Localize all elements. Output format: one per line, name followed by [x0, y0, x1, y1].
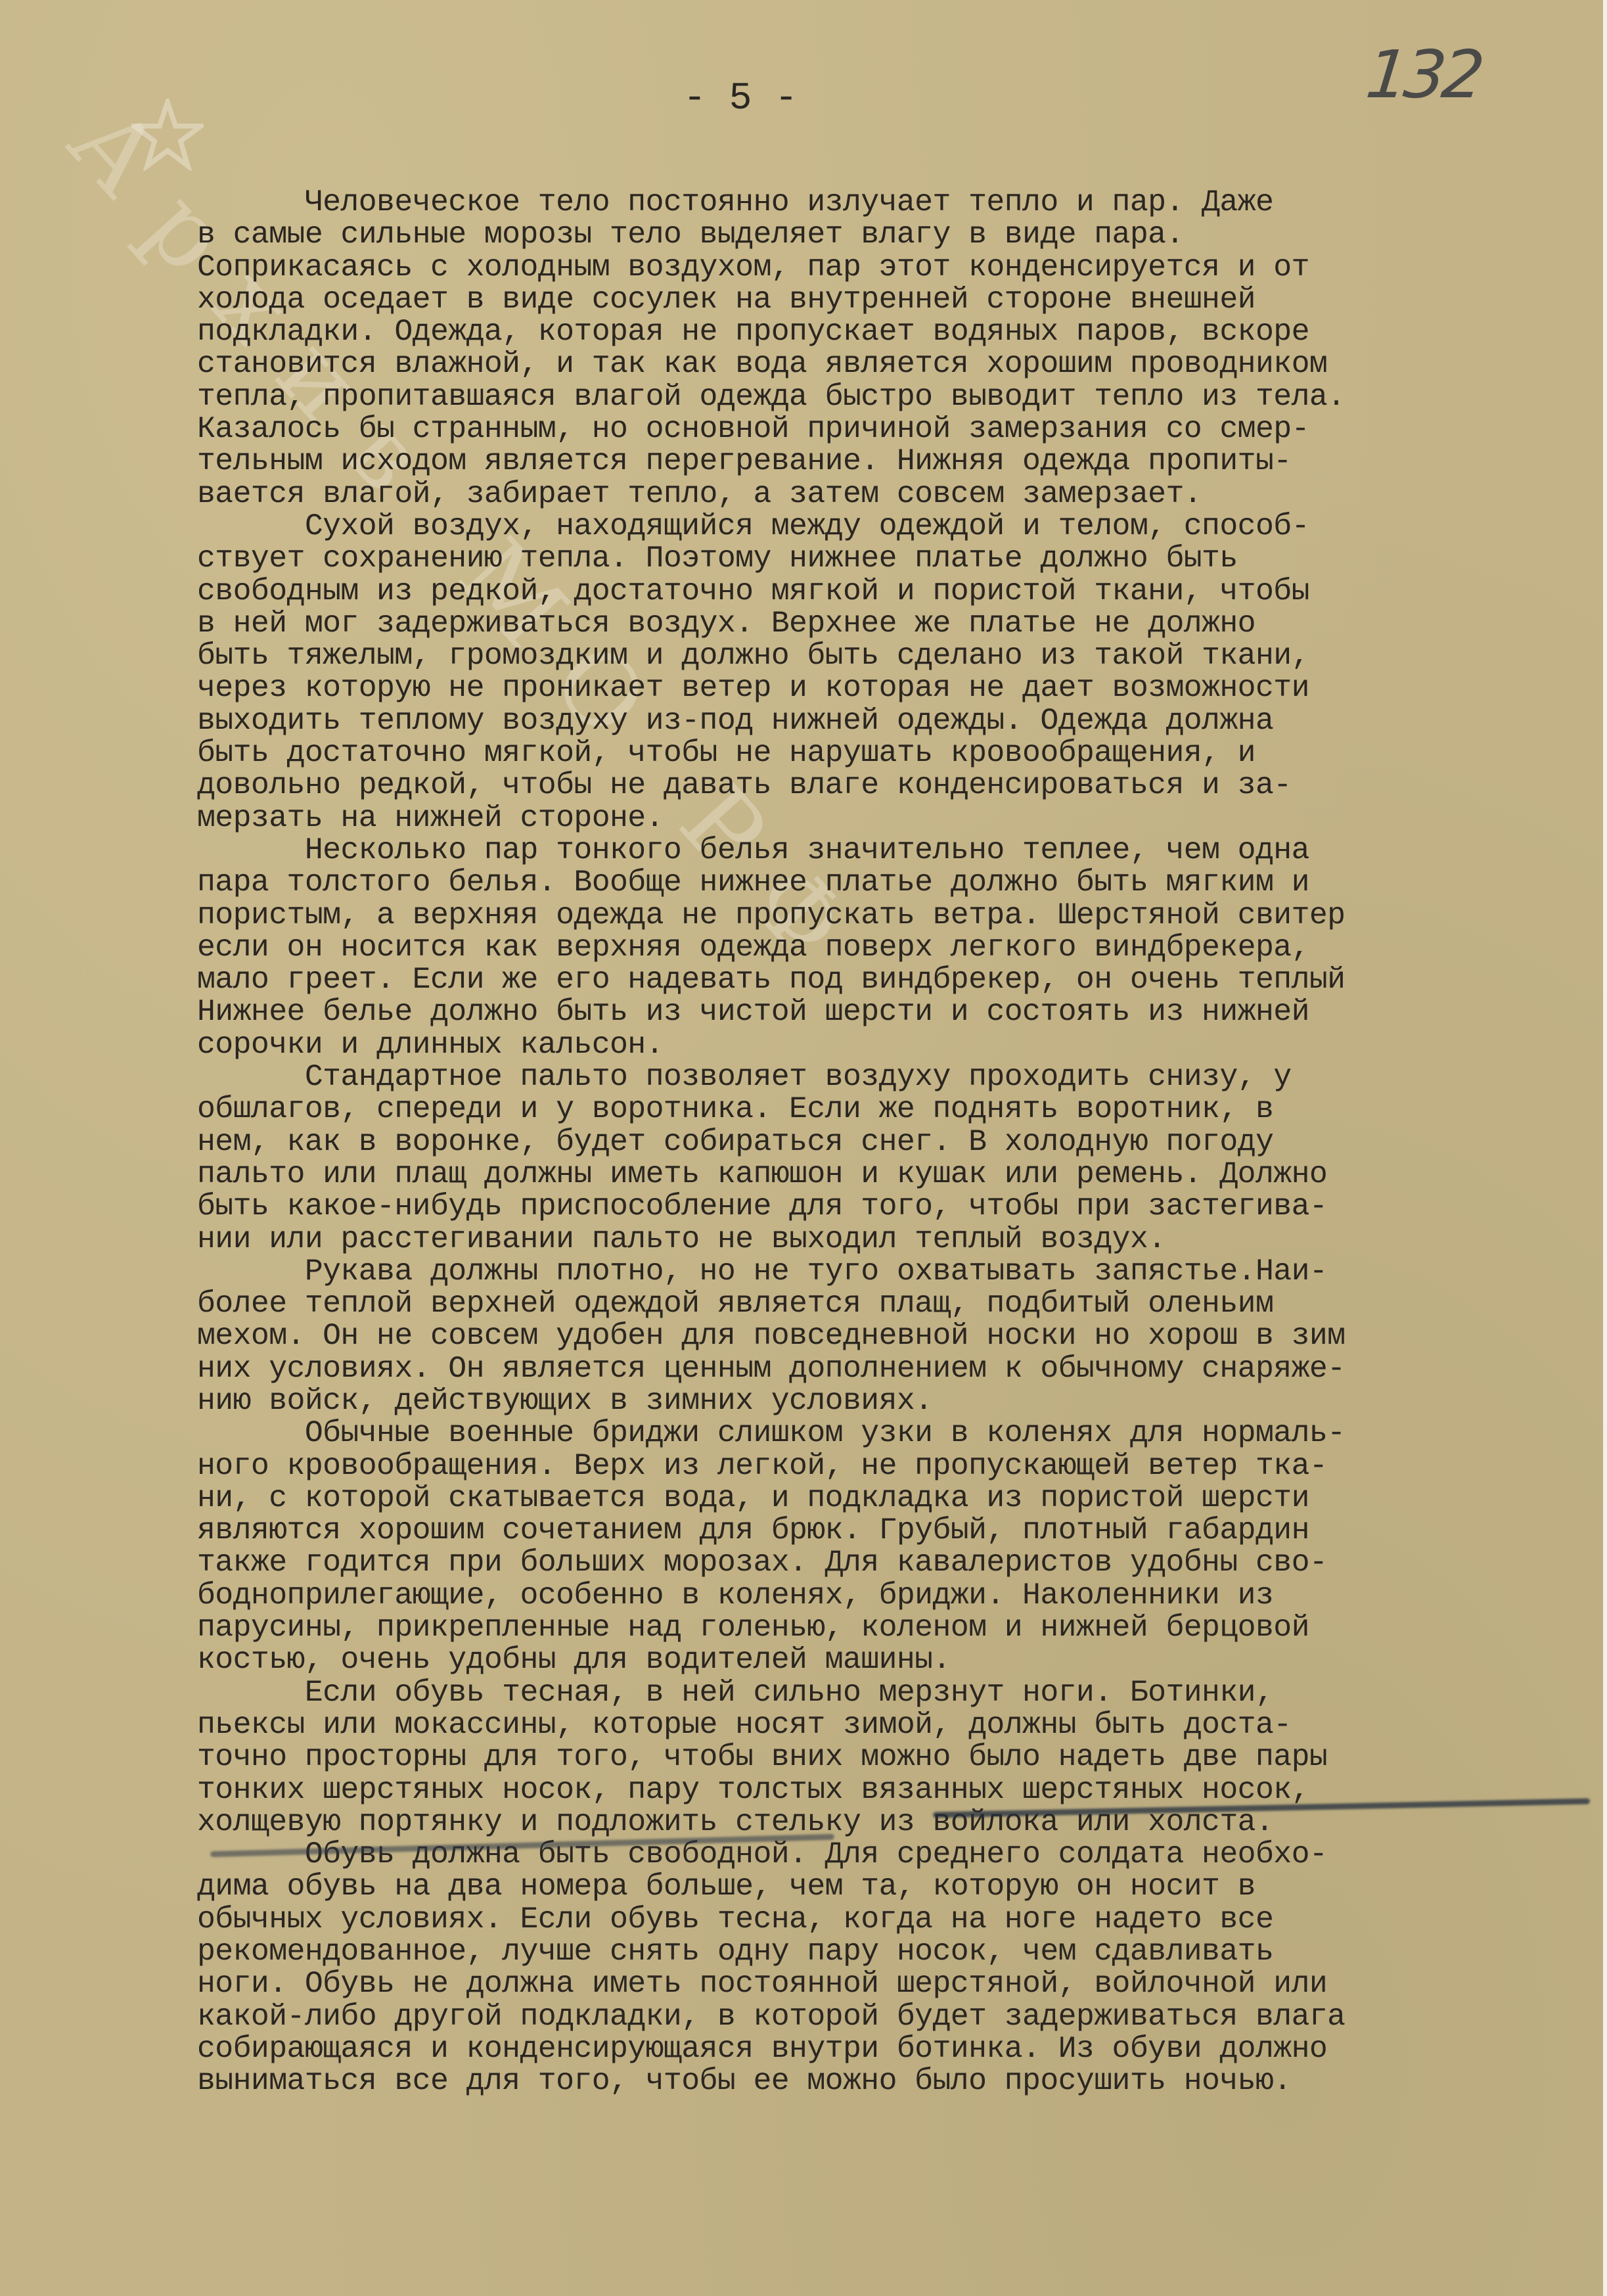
- text-line: быть тяжелым, громоздким и должно быть с…: [197, 639, 1590, 672]
- text-line: выниматься все для того, чтобы ее можно …: [197, 2065, 1590, 2097]
- text-line: ноги. Обувь не должна иметь постоянной ш…: [197, 1967, 1590, 2000]
- text-line: Казалось бы странным, но основной причин…: [197, 413, 1590, 445]
- text-line: боднoприлегающие, особенно в коленях, бр…: [197, 1579, 1590, 1611]
- text-line: пара толстого белья. Вообще нижнее плать…: [197, 866, 1590, 898]
- text-line: становится влажной, и так как вода являе…: [197, 348, 1590, 380]
- text-line: точно просторны для того, чтобы вних мож…: [197, 1741, 1590, 1773]
- text-line: сорочки и длинных кальсон.: [197, 1028, 1590, 1061]
- text-line: ствует сохранению тепла. Поэтому нижнее …: [197, 542, 1590, 574]
- text-line: вается влагой, забирает тепло, а затем с…: [197, 478, 1590, 510]
- text-line: мехом. Он не совсем удобен для повседнев…: [197, 1320, 1590, 1352]
- text-line: них условиях. Он является ценным дополне…: [197, 1352, 1590, 1385]
- text-line: рекомендованное, лучше снять одну пару н…: [197, 1935, 1590, 1967]
- text-line: нию войск, действующих в зимних условиях…: [197, 1385, 1590, 1417]
- text-line: свободным из редкой, достаточно мягкой и…: [197, 575, 1590, 607]
- text-line: ни, с которой скатывается вода, и подкла…: [197, 1482, 1590, 1514]
- text-line: нии или расстегивании пальто не выходил …: [197, 1223, 1590, 1255]
- text-line: ного кровообращения. Верх из легкой, не …: [197, 1450, 1590, 1482]
- text-line: Соприкасаясь с холодным воздухом, пар эт…: [197, 251, 1590, 283]
- text-line: пьексы или мокассины, которые носят зимо…: [197, 1709, 1590, 1741]
- text-line: в ней мог задерживаться воздух. Верхнее …: [197, 607, 1590, 639]
- document-body: Человеческое тело постоянно излучает теп…: [197, 186, 1590, 2098]
- text-line: собирающаяся и конденсирующаяся внутри б…: [197, 2032, 1590, 2065]
- text-line: Сухой воздух, находящийся между одеждой …: [197, 510, 1590, 542]
- text-line: костью, очень удобны для водителей машин…: [197, 1643, 1590, 1676]
- text-line: через которую не проникает ветер и котор…: [197, 672, 1590, 704]
- text-line: Если обувь тесная, в ней сильно мерзнут …: [197, 1676, 1590, 1709]
- text-line: обшлагов, спереди и у воротника. Если же…: [197, 1093, 1590, 1125]
- text-line: если он носится как верхняя одежда повер…: [197, 931, 1590, 963]
- text-line: Рукава должны плотно, но не туго охватыв…: [197, 1255, 1590, 1287]
- text-line: какой-либо другой подкладки, в которой б…: [197, 2000, 1590, 2032]
- text-line: тепла, пропитавшаяся влагой одежда быстр…: [197, 380, 1590, 413]
- text-line: Обувь должна быть свободной. Для среднег…: [197, 1838, 1590, 1870]
- text-line: парусины, прикрепленные над голенью, кол…: [197, 1611, 1590, 1643]
- text-line: быть достаточно мягкой, чтобы не нарушат…: [197, 737, 1590, 769]
- text-line: Несколько пар тонкого белья значительно …: [197, 834, 1590, 866]
- text-line: Стандартное пальто позволяет воздуху про…: [197, 1061, 1590, 1093]
- page-number: - 5 -: [683, 78, 798, 120]
- text-line: мало греет. Если же его надевать под вин…: [197, 963, 1590, 996]
- text-line: пальто или плащ должны иметь капюшон и к…: [197, 1158, 1590, 1190]
- text-line: нем, как в воронке, будет собираться сне…: [197, 1126, 1590, 1158]
- text-line: быть какое-нибудь приспособление для тог…: [197, 1190, 1590, 1222]
- star-icon: [131, 99, 204, 171]
- text-line: пористым, а верхняя одежда не пропускать…: [197, 899, 1590, 931]
- text-line: Обычные военные бриджи слишком узки в ко…: [197, 1417, 1590, 1449]
- text-line: Нижнее белье должно быть из чистой шерст…: [197, 996, 1590, 1028]
- page-edge: [1603, 0, 1607, 2296]
- text-line: тельным исходом является перегревание. Н…: [197, 445, 1590, 477]
- text-line: обычных условиях. Если обувь тесна, когд…: [197, 1903, 1590, 1935]
- text-line: Человеческое тело постоянно излучает теп…: [197, 186, 1590, 218]
- text-line: более теплой верхней одеждой является пл…: [197, 1287, 1590, 1320]
- archive-sheet-number: 132: [1363, 36, 1484, 113]
- text-line: подкладки. Одежда, которая не пропускает…: [197, 315, 1590, 348]
- text-line: холщевую портянку и подложить стельку из…: [197, 1806, 1590, 1838]
- text-line: холода оседает в виде сосулек на внутрен…: [197, 283, 1590, 315]
- text-line: в самые сильные морозы тело выделяет вла…: [197, 218, 1590, 250]
- text-line: тонких шерстяных носок, пару толстых вяз…: [197, 1774, 1590, 1806]
- text-line: выходить теплому воздуху из-под нижней о…: [197, 704, 1590, 737]
- text-line: являются хорошим сочетанием для брюк. Гр…: [197, 1514, 1590, 1546]
- text-line: мерзать на нижней стороне.: [197, 802, 1590, 834]
- text-line: довольно редкой, чтобы не давать влаге к…: [197, 769, 1590, 801]
- text-line: дима обувь на два номера больше, чем та,…: [197, 1870, 1590, 1902]
- text-line: также годится при больших морозах. Для к…: [197, 1546, 1590, 1578]
